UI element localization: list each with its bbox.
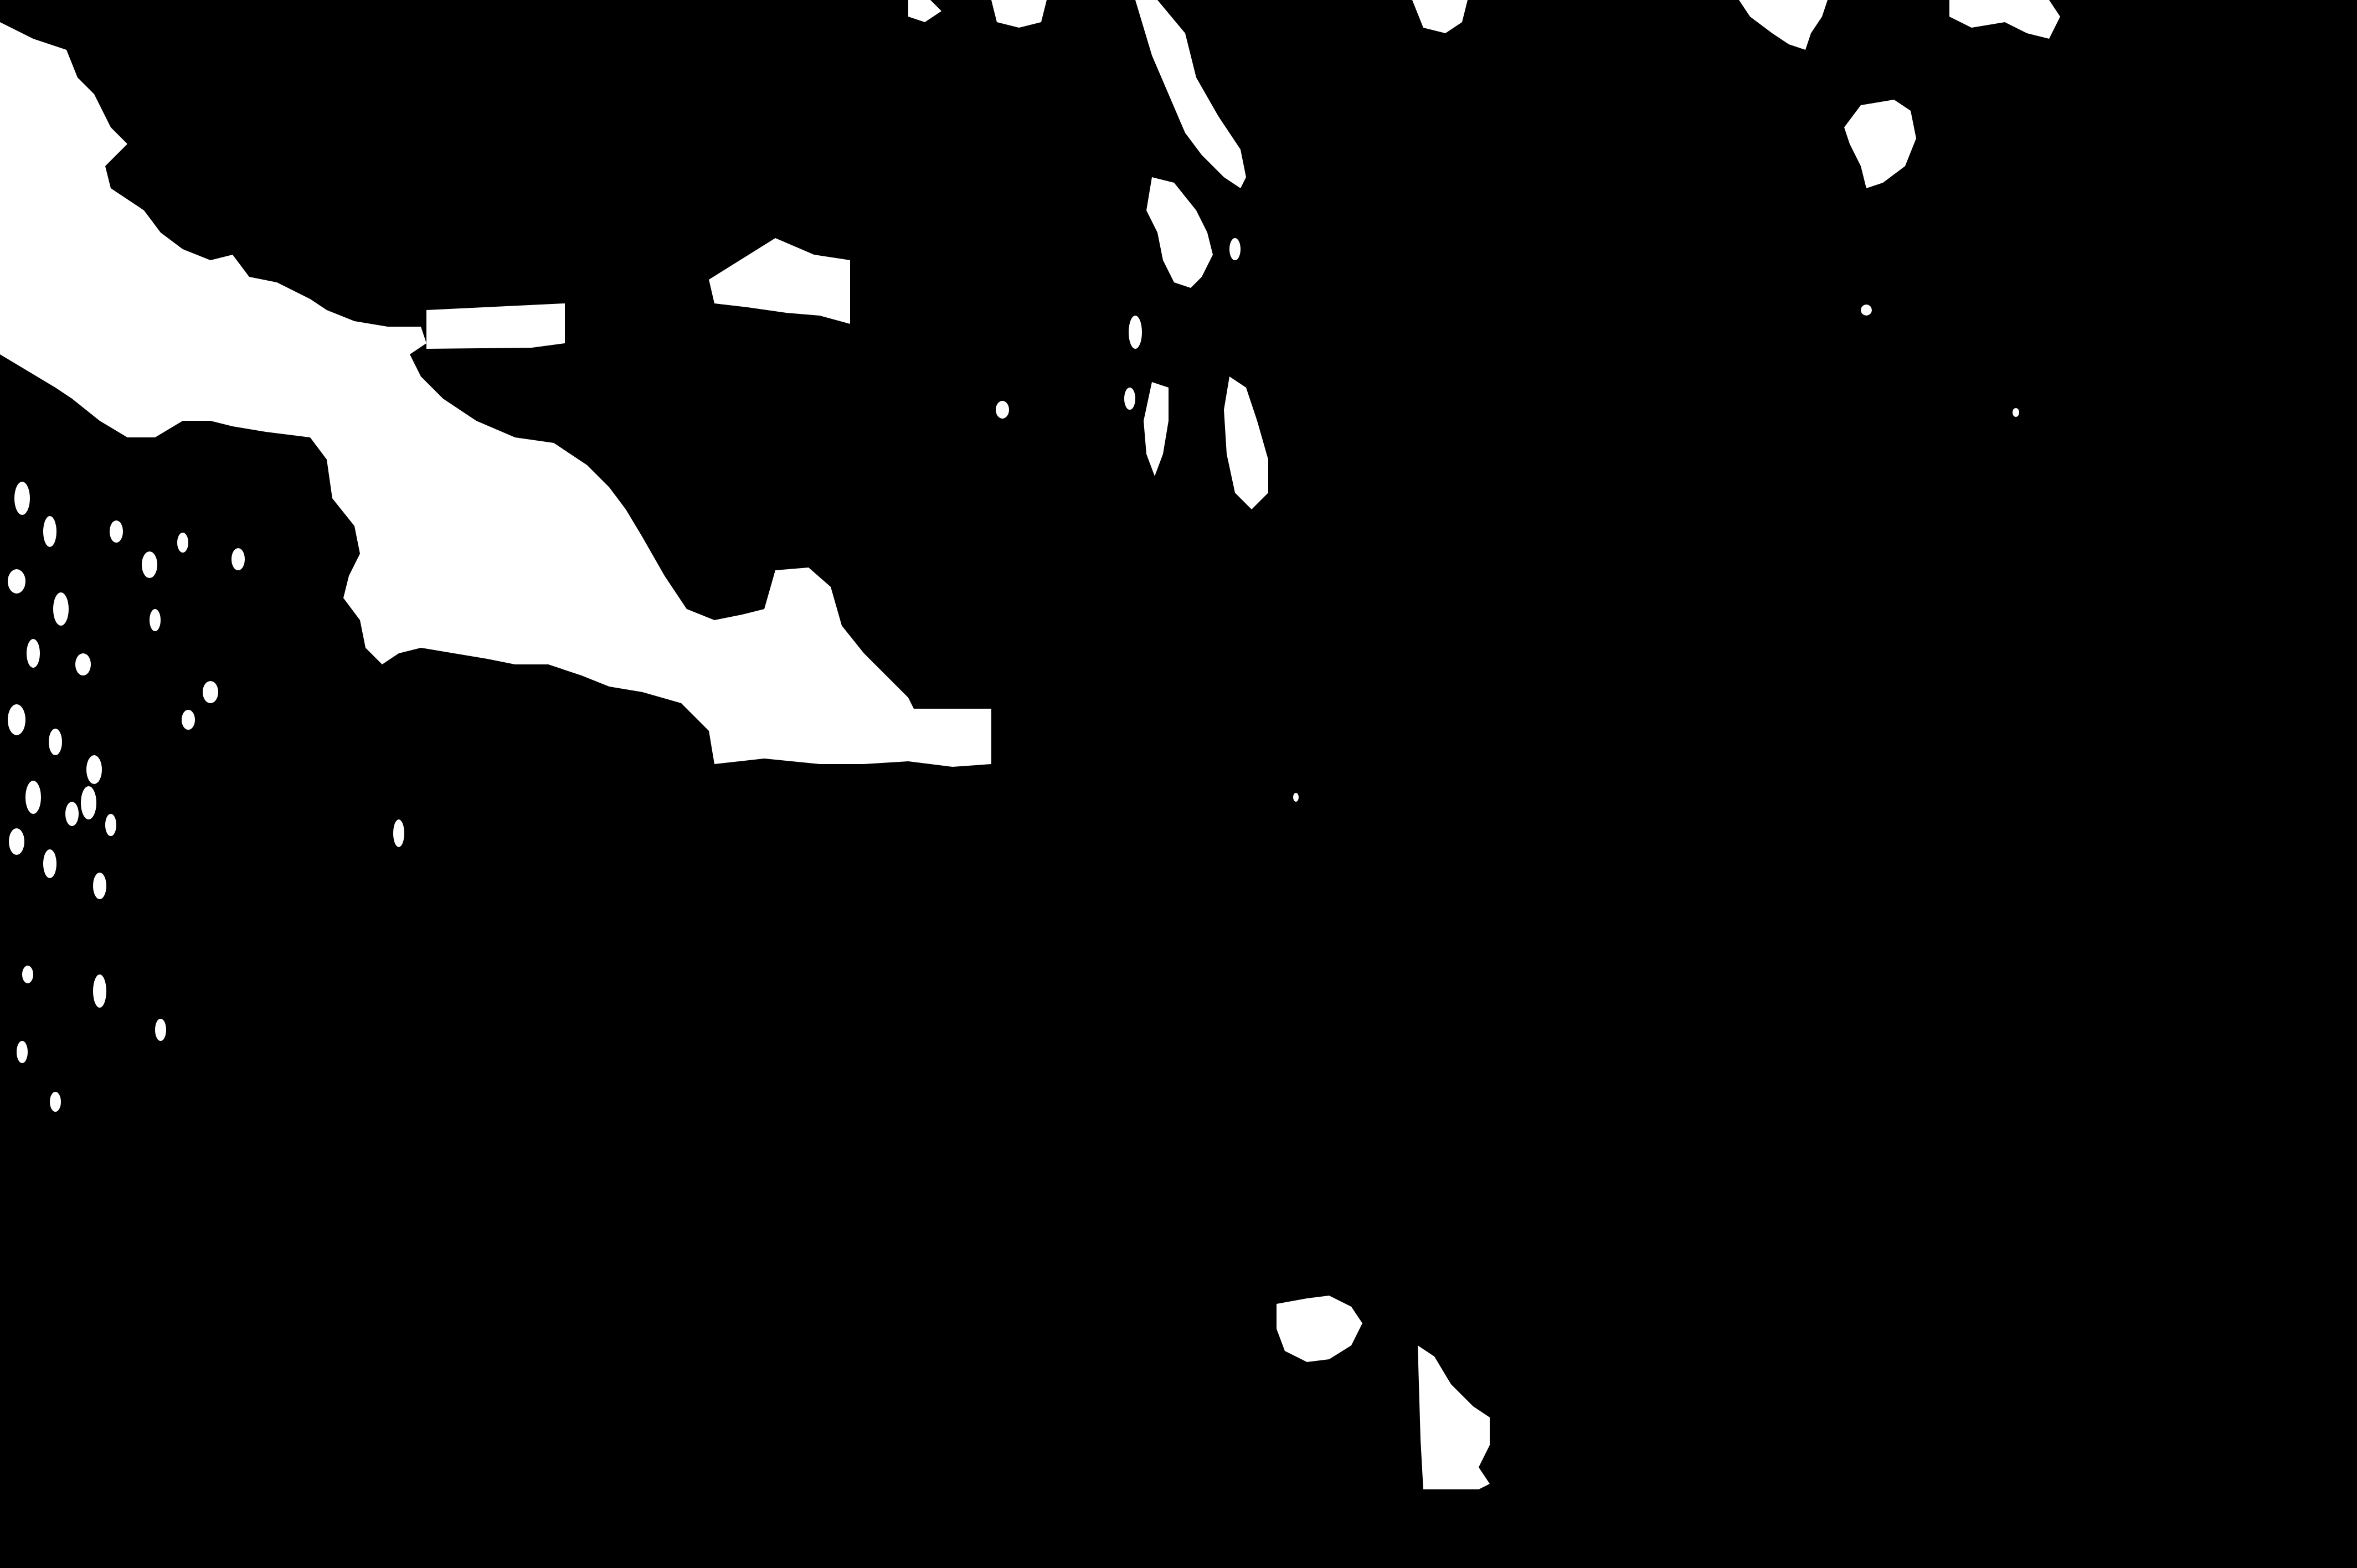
segmentation-mask bbox=[0, 0, 2357, 1568]
